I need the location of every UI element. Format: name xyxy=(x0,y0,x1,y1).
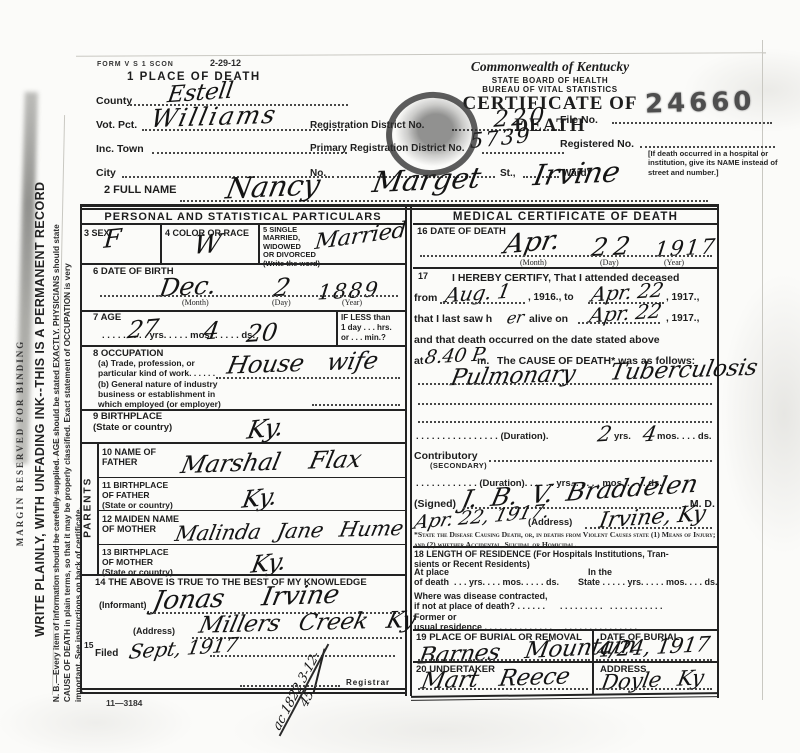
registered-no-label: Registered No. xyxy=(560,138,634,150)
commonwealth-title: Commonwealth of Kentucky xyxy=(438,59,662,75)
row-9-rule xyxy=(80,442,406,444)
page-top-edge xyxy=(76,52,766,57)
certificate-number-stamp: 24660 xyxy=(645,87,756,120)
medical-title-rule xyxy=(413,223,718,225)
last-saw-end-label: , 1917., xyxy=(666,313,699,325)
if-less-label: IF LESS than 1 day . . . hrs. or . . . m… xyxy=(341,313,392,343)
father-name-label: 10 NAME OF FATHER xyxy=(102,447,156,468)
dob-day-label: (Day) xyxy=(272,298,291,307)
row-12-rule xyxy=(97,544,405,545)
if-less-divider xyxy=(336,310,338,345)
occurred-line: and that death occurred on the date stat… xyxy=(414,334,660,346)
dod-month-label: (Month) xyxy=(520,258,547,267)
duration-mos-label: mos. xyxy=(657,432,679,443)
state-board-label: STATE BOARD OF HEALTH xyxy=(440,76,660,85)
duration-label: . . . . . . . . . . . . . . . . (Duratio… xyxy=(416,432,548,443)
row-11-rule xyxy=(97,510,405,511)
city-label: City xyxy=(96,167,116,179)
father-birthplace-label: 11 BIRTHPLACE OF FATHER (State or countr… xyxy=(102,481,173,510)
vot-pct-value: Williams xyxy=(149,102,280,131)
inc-town-label: Inc. Town xyxy=(96,143,144,155)
left-border xyxy=(80,204,82,692)
left-bottom-rule-2 xyxy=(80,692,407,694)
age-days-value: 20 xyxy=(245,320,279,346)
occupation-a-rule xyxy=(216,377,400,379)
margin-permanent-record-note: WRITE PLAINLY, WITH UNFADING INK--THIS I… xyxy=(33,111,47,707)
age-units: . . . . . . . . . yrs. . . . . mos. . . … xyxy=(102,331,255,342)
duration-yrs-label: yrs. xyxy=(614,432,631,443)
mother-birthplace-value: Ky. xyxy=(249,549,288,576)
body-top-rule-2 xyxy=(80,208,718,210)
parents-divider xyxy=(97,442,99,575)
occupation-a-label: (a) Trade, profession, or particular kin… xyxy=(98,359,215,379)
row-18-rule xyxy=(413,629,718,631)
vot-pct-label: Vot. Pct. xyxy=(96,119,137,131)
last-saw-rule xyxy=(578,322,660,324)
form-number: 11—3184 xyxy=(106,699,142,709)
filed-value: Sept, 1917 xyxy=(127,634,239,661)
mother-birthplace-label: 13 BIRTHPLACE OF MOTHER (State or countr… xyxy=(102,548,173,577)
duration-years-value: 2 xyxy=(596,424,613,446)
registrar-label: Registrar xyxy=(346,678,390,687)
dod-day-label: (Day) xyxy=(600,258,619,267)
duration-ds-label: . . . ds. xyxy=(682,432,712,443)
birthplace-label: 9 BIRTHPLACE (State or country) xyxy=(93,412,172,434)
scanned-death-certificate: MARGIN RESERVED FOR BINDING WRITE PLAINL… xyxy=(0,0,800,753)
personal-section-title: PERSONAL AND STATISTICAL PARTICULARS xyxy=(80,211,406,224)
occupation-b-label: (b) General nature of industry business … xyxy=(98,380,221,409)
dob-year-label: (Year) xyxy=(342,298,362,307)
left-bottom-rule xyxy=(80,688,407,690)
from-mid-label: , 1916., to xyxy=(528,292,574,304)
sex-value: F xyxy=(103,225,122,252)
occupation-value: House wife xyxy=(225,348,380,377)
cause-rule-1 xyxy=(418,383,712,385)
from-label: from xyxy=(414,292,437,304)
contributory-rule xyxy=(489,460,712,462)
at-place-block: At place of death . . . yrs. . . . mos. … xyxy=(414,567,559,588)
cause-rule-2 xyxy=(418,403,712,405)
file-no-label: File No. xyxy=(560,114,598,126)
date-of-death-rule xyxy=(420,255,712,257)
page-right-edge xyxy=(762,40,763,700)
sex-race-divider xyxy=(160,223,162,263)
informant-label: (Informant) xyxy=(99,600,147,610)
alive-on-label: alive on xyxy=(529,313,568,325)
undertaker-rule xyxy=(418,688,588,690)
mother-name-value: Malinda Jane Hume xyxy=(173,518,405,545)
at-label: at xyxy=(414,355,423,367)
filed-number: 15 xyxy=(84,641,93,651)
file-no-rule xyxy=(612,122,772,124)
occupation-b-rule xyxy=(312,404,400,406)
full-name-label: 2 FULL NAME xyxy=(104,184,177,197)
row-3-rule xyxy=(80,263,406,265)
last-saw-label: that I last saw h xyxy=(414,313,492,325)
duration-months-value: 4 xyxy=(641,424,658,446)
father-birthplace-value: Ky. xyxy=(240,484,279,511)
row-10-rule xyxy=(97,477,405,478)
cause-rule-3 xyxy=(418,421,712,423)
informant-address-label: (Address) xyxy=(133,626,175,636)
registered-no-rule xyxy=(640,146,775,148)
mother-name-label: 12 MAIDEN NAME OF MOTHER xyxy=(102,514,179,535)
burial-date-value: 4/24, 1917 xyxy=(596,634,711,661)
row-13-rule xyxy=(80,574,406,576)
county-label: County xyxy=(96,95,132,107)
margin-binding-note: MARGIN RESERVED FOR BINDING xyxy=(15,318,25,568)
dob-month-label: (Month) xyxy=(182,298,209,307)
diagonal-note: ac 1822 3-12-45 xyxy=(268,643,336,747)
undertaker-address-rule xyxy=(596,688,712,690)
date-of-death-label: 16 DATE OF DEATH xyxy=(417,227,506,238)
date-of-death-month: Apr. xyxy=(502,227,563,259)
age-years-value: 27 xyxy=(126,316,160,343)
race-marital-divider xyxy=(258,223,260,263)
form-code-date: 2-29-12 xyxy=(210,58,241,68)
marital-label: 5 SINGLE MARRIED, WIDOWED OR DIVORCED (W… xyxy=(263,226,320,268)
secondary-label: (SECONDARY) xyxy=(430,462,487,471)
contracted-block: Where was disease contracted, if not at … xyxy=(414,591,663,612)
row-19-rule xyxy=(413,661,718,663)
row-6-rule xyxy=(80,310,406,312)
body-top-rule xyxy=(80,204,718,207)
signed-address-label: (Address) xyxy=(528,518,572,529)
primary-district-rule xyxy=(482,152,564,154)
filed-rule xyxy=(210,655,395,657)
in-state-block: In the State . . . . . yrs. . . . . mos.… xyxy=(578,567,718,588)
parents-label: PARENTS xyxy=(82,478,94,538)
dod-year-label: (Year) xyxy=(664,258,684,267)
hospital-note: [If death occurred in a hospital or inst… xyxy=(648,149,784,177)
footnote-rule xyxy=(413,546,718,548)
marital-value: Married xyxy=(314,220,407,254)
row-16-rule xyxy=(413,267,718,269)
cause-of-death-value: Pulmonary Tuberculosis xyxy=(449,357,760,391)
dob-rule xyxy=(100,295,398,297)
form-code: FORM V S 1 SCON xyxy=(97,61,174,69)
father-name-value: Marshal Flax xyxy=(179,447,364,477)
from-rule xyxy=(440,302,525,304)
to-end-label: , 1917., xyxy=(666,292,699,304)
race-value: W xyxy=(191,231,222,259)
age-label: 7 AGE xyxy=(93,313,121,324)
right-border xyxy=(717,204,719,698)
certify-number: 17 xyxy=(418,271,428,281)
margin-nb-note: N. B.—Every item of information should b… xyxy=(51,224,83,702)
filed-label: Filed xyxy=(95,648,118,660)
birthplace-value: Ky. xyxy=(245,414,285,443)
last-saw-pronoun-value: er xyxy=(505,309,525,326)
